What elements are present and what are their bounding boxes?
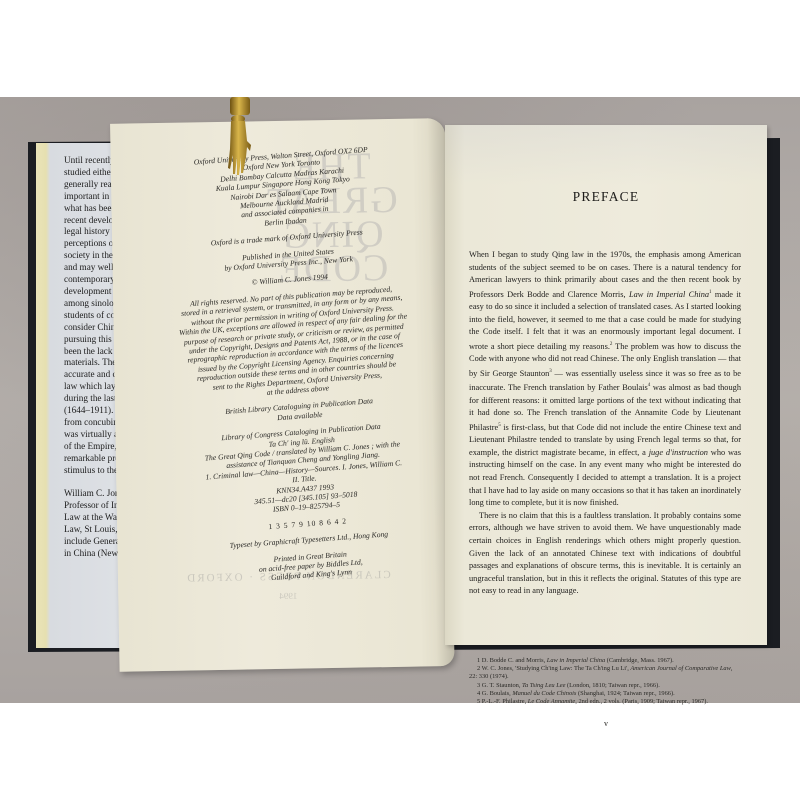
page-title: PREFACE bbox=[445, 189, 767, 205]
footnote: 1 D. Bodde C. and Morris, Law in Imperia… bbox=[469, 657, 741, 665]
brass-hand-bookmark-icon bbox=[218, 97, 258, 177]
preface-paragraph: When I began to study Qing law in the 19… bbox=[469, 249, 741, 510]
footnote: 3 G. T. Staunton, Ta Tsing Leu Lee (Lond… bbox=[469, 682, 741, 690]
copyright-page: THE GREAT QING CODE CLARENDON PRESS · OX… bbox=[110, 118, 455, 672]
footnote: 5 P.-L.-F. Philastre, Le Code Annamite, … bbox=[469, 698, 741, 706]
page-shadow bbox=[445, 125, 767, 185]
preface-page: PREFACE When I began to study Qing law i… bbox=[445, 125, 767, 645]
footnote: 4 G. Boulais, Manuel du Code Chinois (Sh… bbox=[469, 690, 741, 698]
footnotes: 1 D. Bodde C. and Morris, Law in Imperia… bbox=[469, 657, 741, 706]
library-of-congress-data: Library of Congress Cataloging in Public… bbox=[171, 418, 437, 521]
footnote: 2 W. C. Jones, 'Studying Ch'ing Law: The… bbox=[469, 665, 741, 681]
page-number: v bbox=[445, 719, 767, 728]
publisher-addresses: Oxford University Press, Walton Street, … bbox=[151, 142, 416, 236]
rights-statement: All rights reserved. No part of this pub… bbox=[161, 282, 428, 404]
preface-paragraph: There is no claim that this is a faultle… bbox=[469, 510, 741, 598]
copyright-text: Oxford University Press, Walton Street, … bbox=[151, 142, 442, 597]
preface-body: When I began to study Qing law in the 19… bbox=[469, 249, 741, 598]
